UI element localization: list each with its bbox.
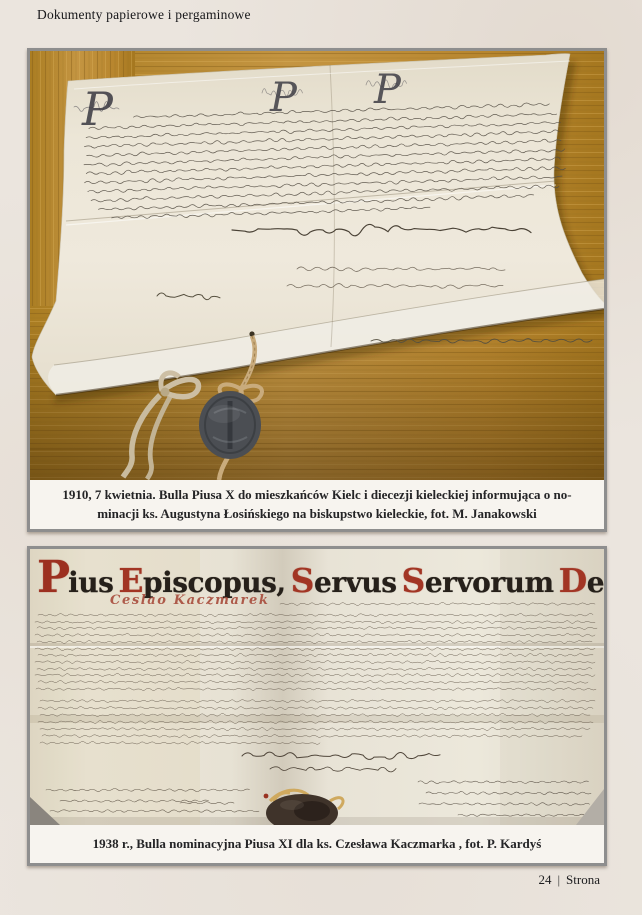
document-page: Dokumenty papierowe i pergaminowe (0, 0, 642, 915)
photo-bulla-pius-xi: PiusEpiscopus,ServusServorumDei. Ceslao … (30, 549, 604, 825)
figure-bulla-1938: PiusEpiscopus,ServusServorumDei. Ceslao … (27, 546, 607, 866)
footer-separator: | (557, 872, 560, 887)
page-footer-label: Strona (566, 872, 600, 887)
page-number: 24 (538, 872, 551, 887)
manuscript-addressee: Ceslao Kaczmarek (110, 593, 269, 608)
caption-line-2: minacji ks. Augustyna Łosińskiego na bis… (44, 505, 590, 523)
page-footer: 24|Strona (538, 872, 600, 888)
initial-letter: P (269, 75, 298, 121)
lead-seal (199, 391, 261, 459)
title-word: Servus (291, 566, 397, 599)
title-word: Pius (37, 566, 113, 599)
photo1-illustration: P P P (30, 51, 604, 480)
running-header: Dokumenty papierowe i pergaminowe (37, 7, 251, 23)
initial-letter: P (373, 67, 402, 113)
title-word: Dei. (559, 566, 604, 599)
photo-bulla-pius-x: P P P (30, 51, 604, 480)
caption-line-1: 1910, 7 kwietnia. Bulla Piusa X do miesz… (44, 486, 590, 504)
figure-bulla-1910: P P P (27, 48, 607, 532)
caption-bulla-1938: 1938 r., Bulla nominacyjna Piusa XI dla … (30, 825, 604, 863)
caption-line-1: 1938 r., Bulla nominacyjna Piusa XI dla … (44, 835, 590, 853)
caption-bulla-1910: 1910, 7 kwietnia. Bulla Piusa X do miesz… (30, 480, 604, 529)
title-word: Servorum (401, 566, 553, 599)
